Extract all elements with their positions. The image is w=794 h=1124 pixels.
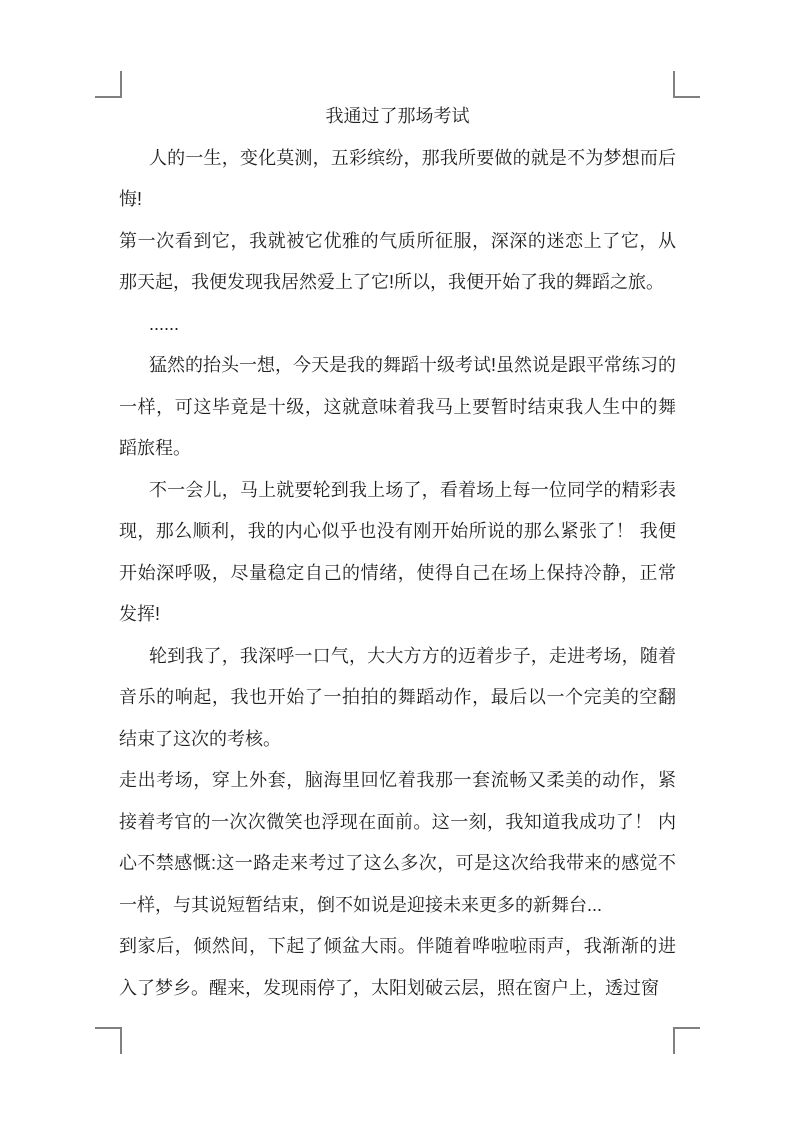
essay-paragraph-2: 第一次看到它，我就被它优雅的气质所征服，深深的迷恋上了它，从那天起，我便发现我居…: [119, 221, 676, 304]
essay-paragraph-4: 不一会儿，马上就要轮到我上场了，看着场上每一位同学的精彩表现，那么顺利，我的内心…: [119, 470, 676, 636]
essay-paragraph-1: 人的一生，变化莫测，五彩缤纷，那我所要做的就是不为梦想而后悔!: [119, 138, 676, 221]
essay-paragraph-3: 猛然的抬头一想，今天是我的舞蹈十级考试!虽然说是跟平常练习的一样，可这毕竟是十级…: [119, 345, 676, 470]
essay-paragraph-ellipsis: ......: [119, 304, 676, 346]
crop-mark-bottom-right-icon: [673, 1027, 700, 1054]
essay-paragraph-6: 走出考场，穿上外套，脑海里回忆着我那一套流畅又柔美的动作，紧接着考官的一次次微笑…: [119, 760, 676, 926]
crop-mark-top-right-icon: [673, 71, 700, 98]
document-page: 我通过了那场考试 人的一生，变化莫测，五彩缤纷，那我所要做的就是不为梦想而后悔!…: [0, 0, 794, 1124]
crop-mark-top-left-icon: [95, 71, 122, 98]
crop-mark-bottom-left-icon: [95, 1027, 122, 1054]
essay-title: 我通过了那场考试: [119, 96, 676, 138]
essay-content: 我通过了那场考试 人的一生，变化莫测，五彩缤纷，那我所要做的就是不为梦想而后悔!…: [119, 96, 676, 1009]
essay-paragraph-7: 到家后，倾然间，下起了倾盆大雨。伴随着哗啦啦雨声，我渐渐的进入了梦乡。醒来，发现…: [119, 926, 676, 1009]
essay-paragraph-5: 轮到我了，我深呼一口气，大大方方的迈着步子，走进考场，随着音乐的响起，我也开始了…: [119, 636, 676, 761]
